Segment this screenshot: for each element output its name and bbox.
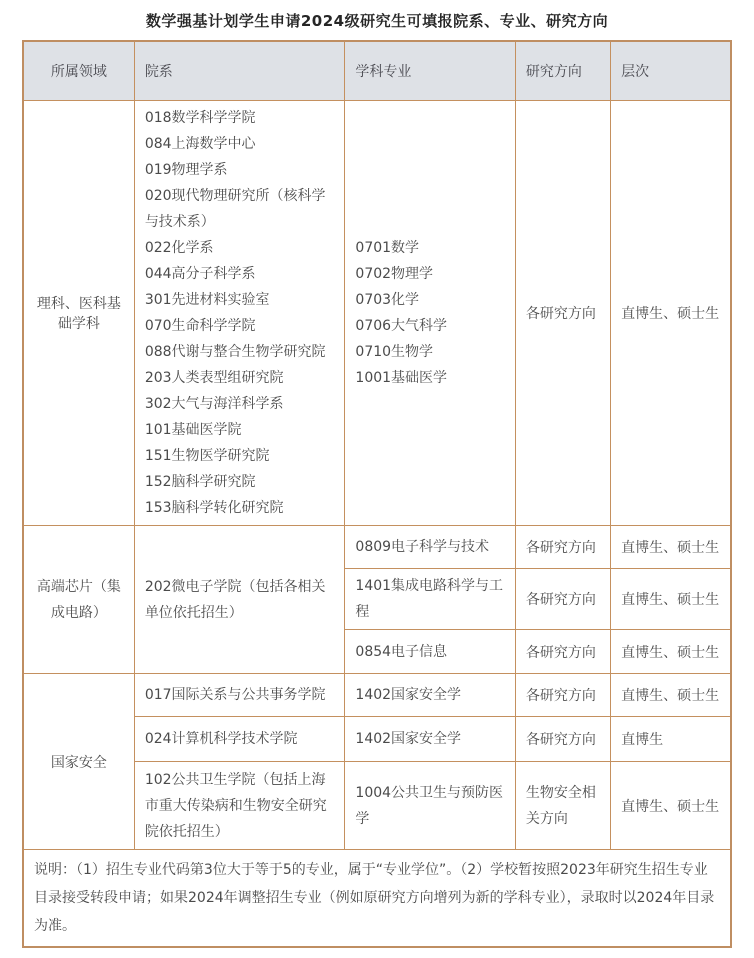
department-item: 301先进材料实验室 bbox=[145, 287, 335, 313]
level-cell: 直博生、硕士生 bbox=[611, 526, 731, 569]
major-list: 0701数学 0702物理学 0703化学 0706大气科学 0710生物学 1… bbox=[355, 235, 504, 391]
level-cell: 直博生、硕士生 bbox=[611, 762, 731, 850]
header-cell-direction: 研究方向 bbox=[515, 41, 610, 101]
page-title: 数学强基计划学生申请2024级研究生可填报院系、专业、研究方向 bbox=[22, 10, 732, 31]
direction-cell: 各研究方向 bbox=[515, 717, 610, 762]
department-item: 151生物医学研究院 bbox=[145, 443, 335, 469]
major-item: 0703化学 bbox=[355, 287, 504, 313]
level-cell: 直博生、硕士生 bbox=[611, 674, 731, 717]
level-cell: 直博生、硕士生 bbox=[611, 630, 731, 674]
table-row: 高端芯片（集成电路） 202微电子学院（包括各相关单位依托招生） 0809电子科… bbox=[23, 526, 731, 569]
direction-cell: 各研究方向 bbox=[515, 630, 610, 674]
department-item: 203人类表型组研究院 bbox=[145, 365, 335, 391]
department-cell: 024计算机科学技术学院 bbox=[134, 717, 345, 762]
major-list-cell: 0701数学 0702物理学 0703化学 0706大气科学 0710生物学 1… bbox=[345, 101, 515, 526]
department-item: 018数学科学学院 bbox=[145, 105, 335, 131]
department-item: 020现代物理研究所（核科学与技术系） bbox=[145, 183, 335, 235]
department-cell: 102公共卫生学院（包括上海市重大传染病和生物安全研究院依托招生） bbox=[134, 762, 345, 850]
note-row: 说明：（1）招生专业代码第3位大于等于5的专业，属于“专业学位”。（2）学校暂按… bbox=[23, 850, 731, 948]
department-item: 101基础医学院 bbox=[145, 417, 335, 443]
direction-cell: 生物安全相关方向 bbox=[515, 762, 610, 850]
domain-cell: 高端芯片（集成电路） bbox=[23, 526, 134, 674]
page: 数学强基计划学生申请2024级研究生可填报院系、专业、研究方向 所属领域 院系 … bbox=[0, 0, 754, 958]
department-item: 152脑科学研究院 bbox=[145, 469, 335, 495]
major-item: 1001基础医学 bbox=[355, 365, 504, 391]
major-cell: 1004公共卫生与预防医学 bbox=[345, 762, 515, 850]
department-list: 018数学科学学院 084上海数学中心 019物理学系 020现代物理研究所（核… bbox=[145, 105, 335, 521]
direction-cell: 各研究方向 bbox=[515, 569, 610, 630]
department-item: 084上海数学中心 bbox=[145, 131, 335, 157]
department-item: 070生命科学学院 bbox=[145, 313, 335, 339]
level-cell: 直博生、硕士生 bbox=[611, 101, 731, 526]
note-text: 说明：（1）招生专业代码第3位大于等于5的专业，属于“专业学位”。（2）学校暂按… bbox=[23, 850, 731, 948]
header-cell-major: 学科专业 bbox=[345, 41, 515, 101]
department-item: 044高分子科学系 bbox=[145, 261, 335, 287]
domain-cell: 国家安全 bbox=[23, 674, 134, 850]
department-list-cell: 018数学科学学院 084上海数学中心 019物理学系 020现代物理研究所（核… bbox=[134, 101, 345, 526]
department-cell: 202微电子学院（包括各相关单位依托招生） bbox=[134, 526, 345, 674]
admissions-table: 所属领域 院系 学科专业 研究方向 层次 理科、医科基础学科 018数学科学学院… bbox=[22, 40, 732, 948]
major-item: 0701数学 bbox=[355, 235, 504, 261]
level-cell: 直博生、硕士生 bbox=[611, 569, 731, 630]
major-cell: 1402国家安全学 bbox=[345, 717, 515, 762]
header-cell-department: 院系 bbox=[134, 41, 345, 101]
department-item: 088代谢与整合生物学研究院 bbox=[145, 339, 335, 365]
header-row: 所属领域 院系 学科专业 研究方向 层次 bbox=[23, 41, 731, 101]
department-item: 022化学系 bbox=[145, 235, 335, 261]
major-cell: 1402国家安全学 bbox=[345, 674, 515, 717]
table-row: 理科、医科基础学科 018数学科学学院 084上海数学中心 019物理学系 02… bbox=[23, 101, 731, 526]
domain-cell: 理科、医科基础学科 bbox=[23, 101, 134, 526]
department-cell: 017国际关系与公共事务学院 bbox=[134, 674, 345, 717]
direction-cell: 各研究方向 bbox=[515, 526, 610, 569]
direction-cell: 各研究方向 bbox=[515, 101, 610, 526]
major-item: 0706大气科学 bbox=[355, 313, 504, 339]
major-cell: 1401集成电路科学与工程 bbox=[345, 569, 515, 630]
major-cell: 0809电子科学与技术 bbox=[345, 526, 515, 569]
table-row: 国家安全 017国际关系与公共事务学院 1402国家安全学 各研究方向 直博生、… bbox=[23, 674, 731, 717]
direction-cell: 各研究方向 bbox=[515, 674, 610, 717]
department-item: 153脑科学转化研究院 bbox=[145, 495, 335, 521]
header-cell-level: 层次 bbox=[611, 41, 731, 101]
level-cell: 直博生 bbox=[611, 717, 731, 762]
department-item: 019物理学系 bbox=[145, 157, 335, 183]
major-item: 0702物理学 bbox=[355, 261, 504, 287]
major-cell: 0854电子信息 bbox=[345, 630, 515, 674]
major-item: 0710生物学 bbox=[355, 339, 504, 365]
department-item: 302大气与海洋科学系 bbox=[145, 391, 335, 417]
header-cell-domain: 所属领域 bbox=[23, 41, 134, 101]
